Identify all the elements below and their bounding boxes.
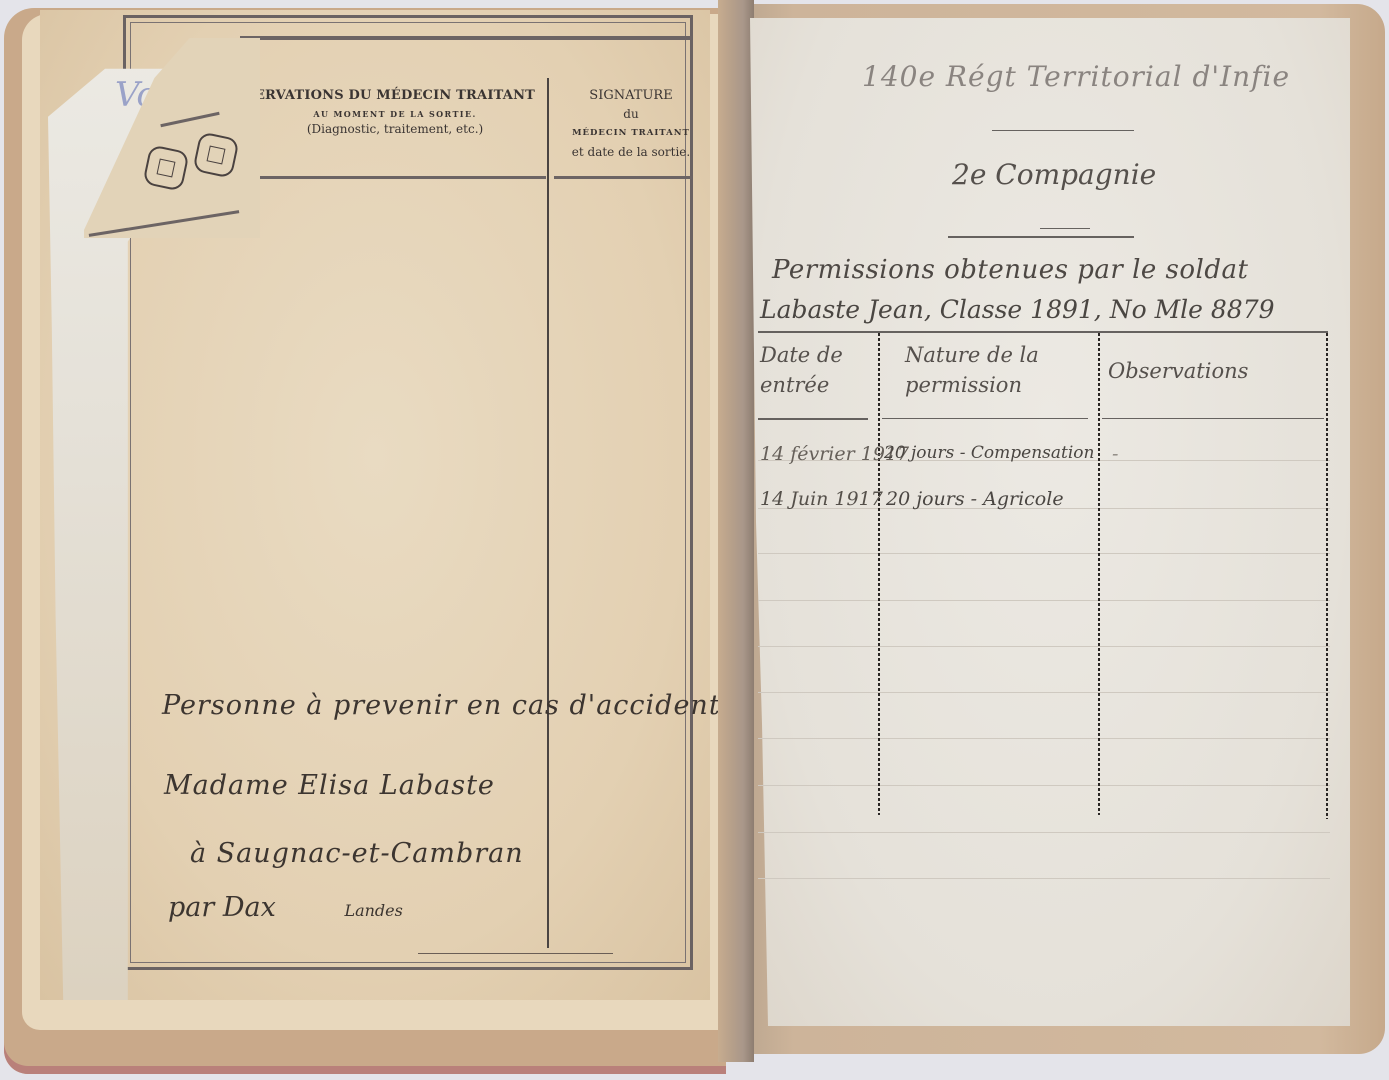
ruled-line <box>758 646 1330 647</box>
header-bottom-rule-2 <box>882 418 1088 419</box>
handwritten-department: Landes <box>344 901 402 920</box>
column-header-nature: Nature de la permission <box>905 340 1085 400</box>
handwritten-line-4: par Dax Landes <box>168 892 403 923</box>
company-divider-short <box>1040 228 1090 229</box>
ruled-line <box>758 692 1330 693</box>
column-divider <box>547 78 549 948</box>
header-bottom-rule-3 <box>1102 418 1324 419</box>
company-divider <box>948 236 1134 238</box>
regiment-title: 140e Régt Territorial d'Infie <box>862 60 1290 93</box>
header-bottom-rule-1 <box>758 418 868 420</box>
row-date: 14 Juin 1917 <box>760 488 883 510</box>
header-rule-bottom <box>240 176 546 179</box>
handwritten-underline <box>418 953 613 954</box>
ruled-line <box>758 738 1330 739</box>
observations-header: ERVATIONS DU MÉDECIN TRAITANT AU MOMENT … <box>250 88 540 136</box>
ruled-line <box>758 832 1330 833</box>
observations-subtitle: AU MOMENT DE LA SORTIE. <box>250 109 540 119</box>
header-rule-bottom-signature <box>554 176 692 179</box>
handwritten-line-2: Madame Elisa Labaste <box>164 770 495 801</box>
handwritten-town: par Dax <box>168 892 276 923</box>
ruled-line <box>758 553 1330 554</box>
permissions-title: Permissions obtenues par le soldat <box>772 255 1248 285</box>
signature-medecin: MÉDECIN TRAITANT <box>556 124 706 143</box>
observations-title: ERVATIONS DU MÉDECIN TRAITANT <box>250 88 540 103</box>
table-column-divider <box>1326 333 1328 819</box>
row-nature: 20 jours - Compensation <box>884 443 1094 463</box>
handwritten-line-3: à Saugnac-et-Cambran <box>190 838 524 869</box>
table-top-rule <box>758 331 1328 333</box>
ruled-line <box>758 878 1330 879</box>
header-rule-top <box>240 36 692 40</box>
signature-date: et date de la sortie. <box>556 143 706 162</box>
soldier-identification: Labaste Jean, Classe 1891, No Mle 8879 <box>760 295 1275 324</box>
table-column-divider <box>1098 333 1100 815</box>
row-observations: - <box>1112 443 1118 465</box>
signature-title: SIGNATURE <box>556 86 706 105</box>
column-header-date: Date de entrée <box>760 340 872 400</box>
ruled-line <box>758 600 1330 601</box>
row-nature: 20 jours - Agricole <box>886 488 1064 510</box>
ruled-line <box>758 785 1330 786</box>
observations-note: (Diagnostic, traitement, etc.) <box>250 122 540 136</box>
signature-header: SIGNATURE du MÉDECIN TRAITANT et date de… <box>556 86 706 162</box>
handwritten-line-1: Personne à prevenir en cas d'accident <box>162 690 721 721</box>
signature-du: du <box>556 105 706 124</box>
column-header-observations: Observations <box>1108 356 1248 386</box>
title-divider <box>992 130 1134 131</box>
book-gutter <box>718 0 754 1062</box>
company-title: 2e Compagnie <box>952 158 1156 191</box>
table-column-divider <box>878 333 880 815</box>
